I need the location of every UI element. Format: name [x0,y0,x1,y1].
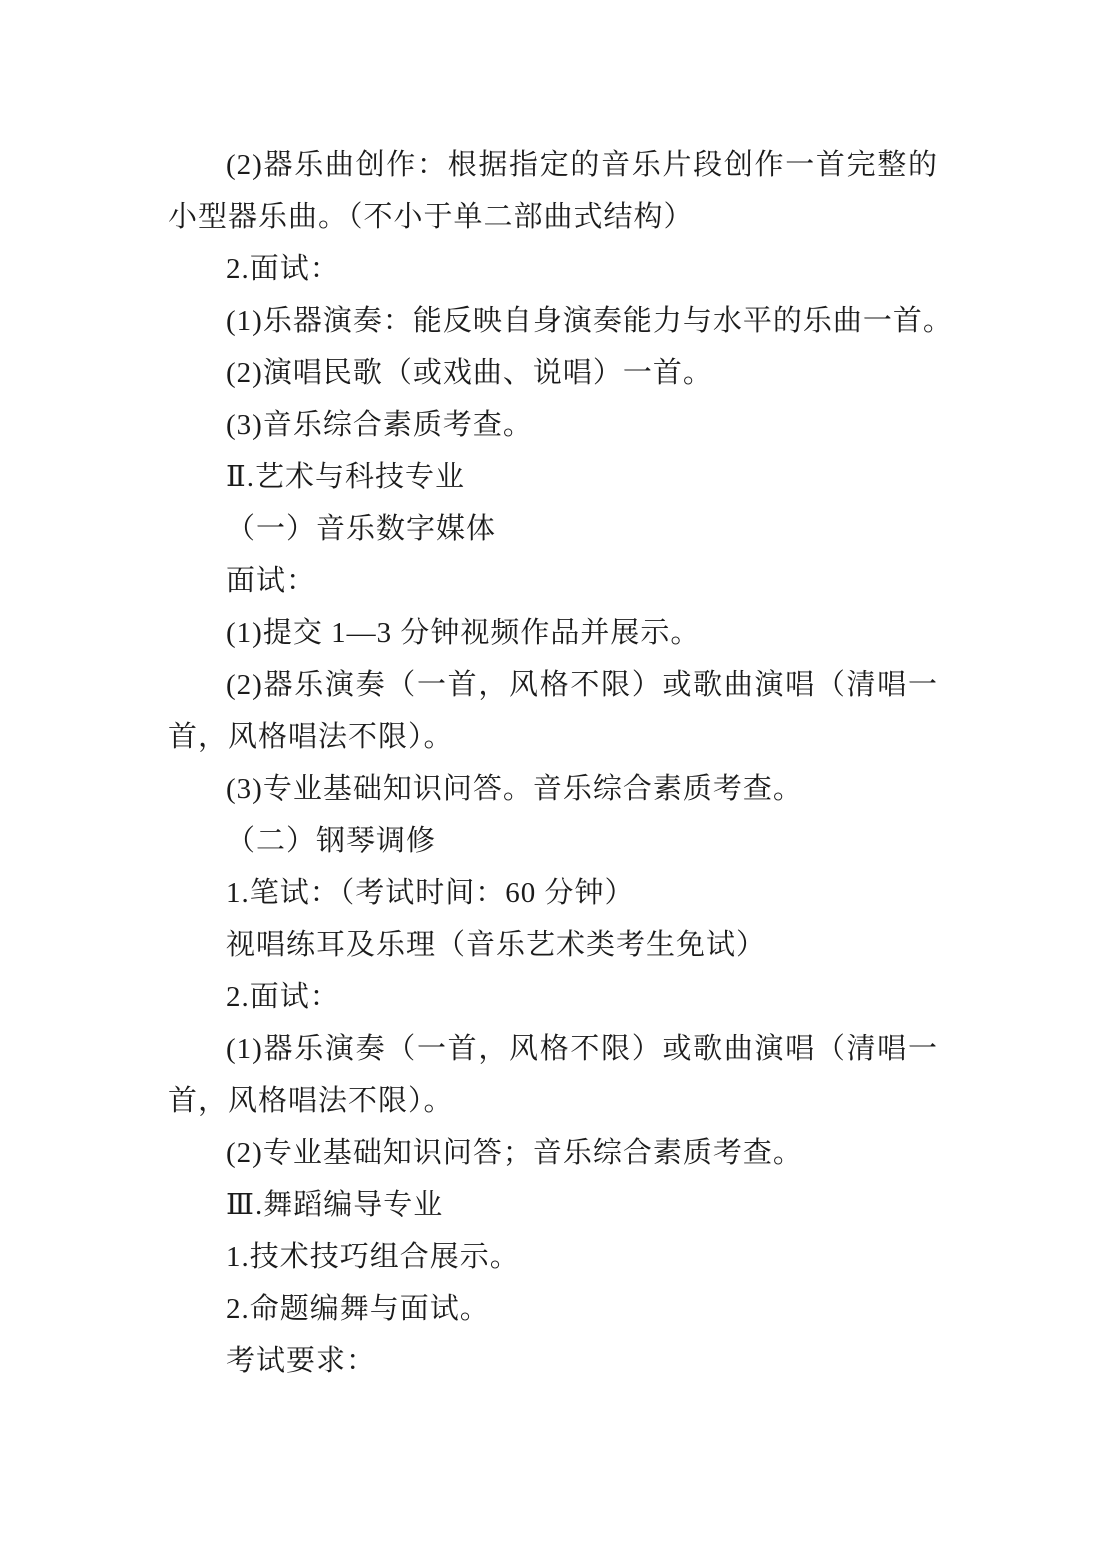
text-line: (2)演唱民歌（或戏曲、说唱）一首。 [168,347,938,399]
text-line: 面试： [168,555,938,607]
text-line: 首，风格唱法不限）。 [168,711,938,763]
text-line: (3)专业基础知识问答。音乐综合素质考查。 [168,763,938,815]
text-line: 首，风格唱法不限）。 [168,1075,938,1127]
text-line: （一）音乐数字媒体 [168,503,938,555]
text-line: 视唱练耳及乐理（音乐艺术类考生免试） [168,919,938,971]
document-body: (2)器乐曲创作：根据指定的音乐片段创作一首完整的 小型器乐曲。（不小于单二部曲… [168,139,938,1387]
text-line: Ⅲ.舞蹈编导专业 [168,1179,938,1231]
text-line: 2.面试： [168,243,938,295]
text-line: (2)专业基础知识问答；音乐综合素质考查。 [168,1127,938,1179]
text-line: (1)提交 1—3 分钟视频作品并展示。 [168,607,938,659]
text-line: (2)器乐曲创作：根据指定的音乐片段创作一首完整的 [168,139,938,191]
text-line: 1.笔试：（考试时间：60 分钟） [168,867,938,919]
text-line: 2.命题编舞与面试。 [168,1283,938,1335]
text-line: 考试要求： [168,1335,938,1387]
text-line: (2)器乐演奏（一首，风格不限）或歌曲演唱（清唱一 [168,659,938,711]
text-line: (3)音乐综合素质考查。 [168,399,938,451]
text-line: (1)器乐演奏（一首，风格不限）或歌曲演唱（清唱一 [168,1023,938,1075]
document-page: (2)器乐曲创作：根据指定的音乐片段创作一首完整的 小型器乐曲。（不小于单二部曲… [0,0,1102,1559]
text-line: （二）钢琴调修 [168,815,938,867]
text-line: 1.技术技巧组合展示。 [168,1231,938,1283]
text-line: (1)乐器演奏：能反映自身演奏能力与水平的乐曲一首。 [168,295,938,347]
text-line: 2.面试： [168,971,938,1023]
text-line: 小型器乐曲。（不小于单二部曲式结构） [168,191,938,243]
text-line: Ⅱ.艺术与科技专业 [168,451,938,503]
